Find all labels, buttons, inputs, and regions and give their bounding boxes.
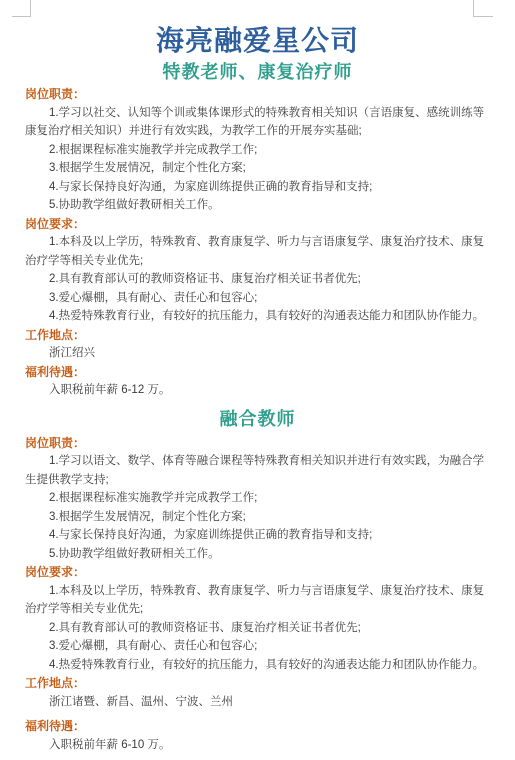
text-line: 3.爱心爆棚，具有耐心、责任心和包容心; <box>25 637 490 656</box>
text-line: 生提供教学支持; <box>25 471 490 490</box>
text-line: 浙江诸暨、新昌、温州、宁波、兰州 <box>25 693 490 712</box>
job2-title: 融合教师 <box>25 406 490 432</box>
document-page: 海亮融爱星公司 特教老师、康复治疗师 岗位职责： 1.学习以社交、认知等个训或集… <box>0 0 515 760</box>
job1-section-requirements: 岗位要求： 1.本科及以上学历，特殊教育、教育康复学、听力与言语康复学、康复治疗… <box>25 215 490 326</box>
text-line: 2.根据课程标准实施教学并完成教学工作; <box>25 141 490 160</box>
section-heading: 工作地点： <box>25 674 490 693</box>
text-line: 3.爱心爆棚，具有耐心、责任心和包容心; <box>25 289 490 308</box>
section-heading: 福利待遇： <box>25 717 490 736</box>
text-line: 4.与家长保持良好沟通，为家庭训练提供正确的教育指导和支持; <box>25 526 490 545</box>
text-line: 治疗学等相关专业优先; <box>25 252 490 271</box>
section-heading: 工作地点： <box>25 326 490 345</box>
job1-section-responsibilities: 岗位职责： 1.学习以社交、认知等个训或集体课形式的特殊教育相关知识（言语康复、… <box>25 85 490 215</box>
company-title: 海亮融爱星公司 <box>25 23 490 59</box>
text-line: 2.根据课程标准实施教学并完成教学工作; <box>25 489 490 508</box>
text-line: 1.学习以社交、认知等个训或集体课形式的特殊教育相关知识（言语康复、感统训练等 <box>25 104 490 123</box>
text-line: 1.本科及以上学历，特殊教育、教育康复学、听力与言语康复学、康复治疗技术、康复 <box>25 582 490 601</box>
text-line: 5.协助教学组做好教研相关工作。 <box>25 196 490 215</box>
section-heading: 岗位职责： <box>25 85 490 104</box>
section-heading: 岗位要求： <box>25 215 490 234</box>
job2-section-location: 工作地点： 浙江诸暨、新昌、温州、宁波、兰州 <box>25 674 490 711</box>
text-line: 3.根据学生发展情况，制定个性化方案; <box>25 159 490 178</box>
job2-section-responsibilities: 岗位职责： 1.学习以语文、数学、体育等融合课程等特殊教育相关知识并进行有效实践… <box>25 434 490 564</box>
job2-section-benefits: 福利待遇： 入职税前年薪 6-10 万。 <box>25 717 490 754</box>
text-line: 3.根据学生发展情况，制定个性化方案; <box>25 508 490 527</box>
text-line: 康复治疗相关知识）并进行有效实践，为教学工作的开展夯实基础; <box>25 122 490 141</box>
job1-section-location: 工作地点： 浙江绍兴 <box>25 326 490 363</box>
section-heading: 岗位职责： <box>25 434 490 453</box>
text-line: 5.协助教学组做好教研相关工作。 <box>25 545 490 564</box>
section-heading: 岗位要求： <box>25 563 490 582</box>
text-line: 入职税前年薪 6-10 万。 <box>25 736 490 755</box>
text-line: 1.本科及以上学历，特殊教育、教育康复学、听力与言语康复学、康复治疗技术、康复 <box>25 233 490 252</box>
text-line: 2.具有教育部认可的教师资格证书、康复治疗相关证书者优先; <box>25 270 490 289</box>
text-line: 4.热爱特殊教育行业，有较好的抗压能力，具有较好的沟通表达能力和团队协作能力。 <box>25 656 490 675</box>
text-line: 4.热爱特殊教育行业，有较好的抗压能力，具有较好的沟通表达能力和团队协作能力。 <box>25 307 490 326</box>
text-line: 浙江绍兴 <box>25 344 490 363</box>
job1-section-benefits: 福利待遇： 入职税前年薪 6-12 万。 <box>25 363 490 400</box>
text-line: 1.学习以语文、数学、体育等融合课程等特殊教育相关知识并进行有效实践，为融合学 <box>25 452 490 471</box>
text-line: 治疗学等相关专业优先; <box>25 600 490 619</box>
section-heading: 福利待遇： <box>25 363 490 382</box>
text-line: 4.与家长保持良好沟通，为家庭训练提供正确的教育指导和支持; <box>25 178 490 197</box>
text-line: 2.具有教育部认可的教师资格证书、康复治疗相关证书者优先; <box>25 619 490 638</box>
job1-title: 特教老师、康复治疗师 <box>25 59 490 85</box>
text-line: 入职税前年薪 6-12 万。 <box>25 381 490 400</box>
document-content: 海亮融爱星公司 特教老师、康复治疗师 岗位职责： 1.学习以社交、认知等个训或集… <box>0 23 515 754</box>
job2-section-requirements: 岗位要求： 1.本科及以上学历，特殊教育、教育康复学、听力与言语康复学、康复治疗… <box>25 563 490 674</box>
